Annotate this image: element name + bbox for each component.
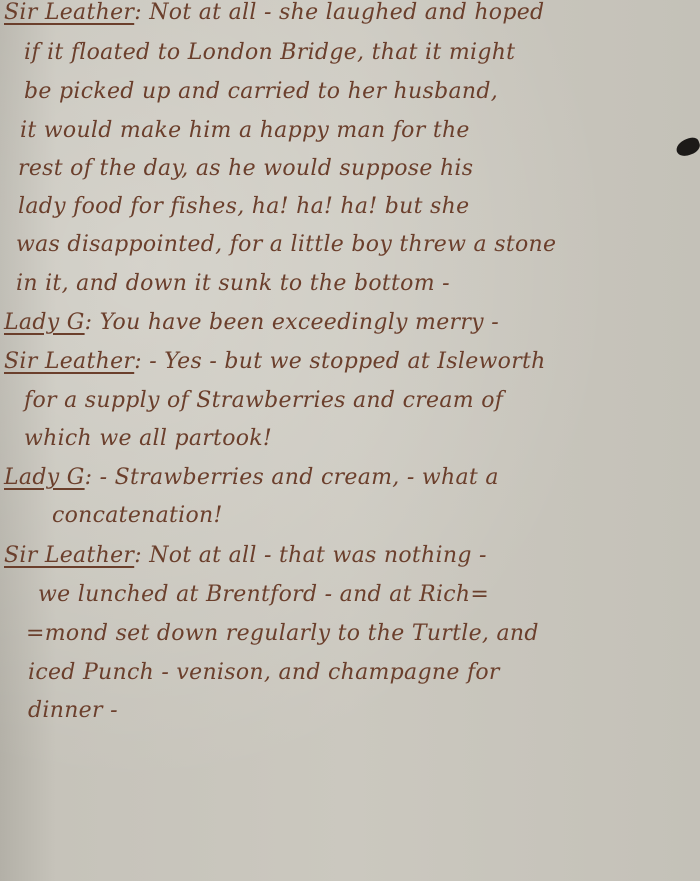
text-line: =mond set down regularly to the Turtle, … (26, 621, 539, 646)
text-line: in it, and down it sunk to the bottom - (16, 271, 450, 296)
text-line: we lunched at Brentford - and at Rich= (38, 582, 489, 607)
text-line: was disappointed, for a little boy threw… (16, 232, 556, 257)
text-line: Lady G: You have been exceedingly merry … (4, 310, 499, 335)
text-line: rest of the day, as he would suppose his (18, 156, 473, 181)
text-line: concatenation! (52, 503, 223, 528)
text-line: if it floated to London Bridge, that it … (24, 40, 515, 65)
text-line: for a supply of Strawberries and cream o… (24, 388, 503, 413)
text-line: Sir Leather: Not at all - she laughed an… (4, 0, 544, 25)
speaker-name: Sir Leather (4, 0, 134, 25)
ink-blot (674, 135, 700, 158)
text-line: which we all partook! (24, 426, 272, 451)
text-line: Sir Leather: - Yes - but we stopped at I… (4, 349, 546, 374)
text-line: it would make him a happy man for the (20, 118, 470, 143)
speaker-name: Lady G (4, 465, 85, 490)
speaker-name: Sir Leather (4, 349, 134, 374)
text-line: dinner - (28, 698, 118, 723)
manuscript-page: Sir Leather: Not at all - she laughed an… (0, 0, 700, 881)
text-line: iced Punch - venison, and champagne for (28, 660, 500, 685)
text-line: Sir Leather: Not at all - that was nothi… (4, 543, 487, 568)
text-line: lady food for fishes, ha! ha! ha! but sh… (18, 194, 469, 219)
text-line: Lady G: - Strawberries and cream, - what… (4, 465, 499, 490)
speaker-name: Sir Leather (4, 543, 134, 568)
speaker-name: Lady G (4, 310, 85, 335)
text-line: be picked up and carried to her husband, (24, 79, 498, 104)
